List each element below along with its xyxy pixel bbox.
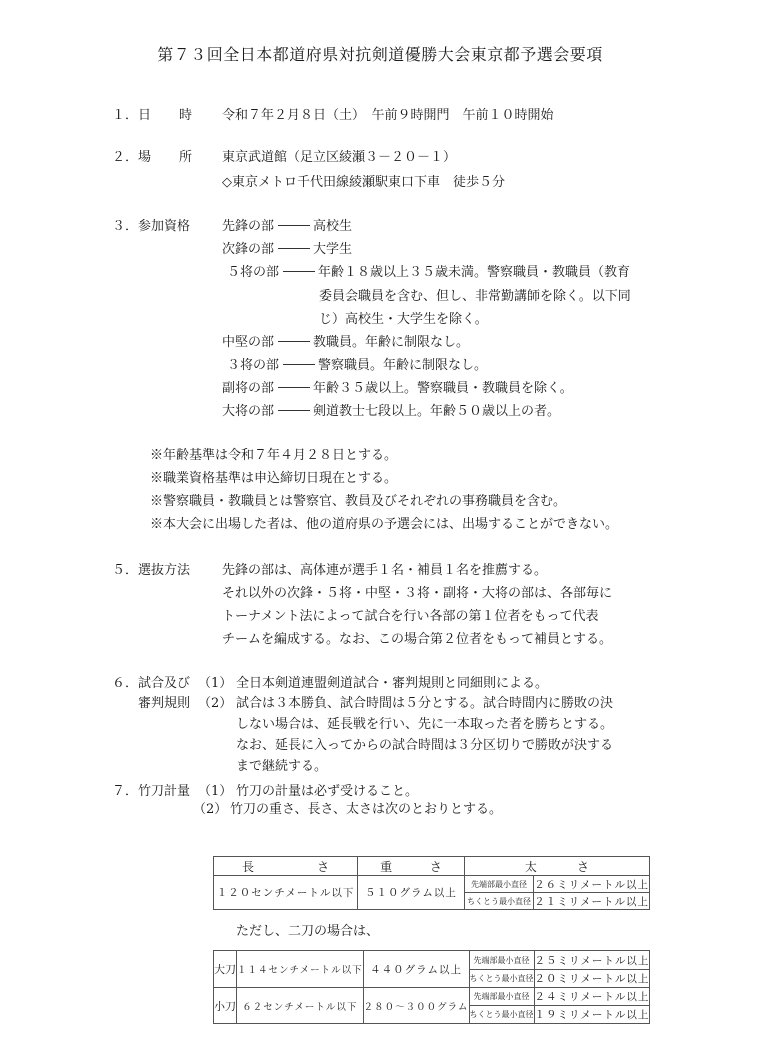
selection-line: それ以外の次鋒・５将・中堅・３将・副将・大将の部は、各部毎に bbox=[222, 587, 612, 600]
division-requirement: 年齢３５歳以上。警察職員・教職員を除く。 bbox=[313, 381, 573, 396]
chikuto-value-cell: ２１ミリメートル以上 bbox=[534, 893, 650, 910]
label-char: 所 bbox=[179, 151, 192, 164]
rule-text: 全日本剣道連盟剣道試合・審判規則と同細則による。 bbox=[236, 677, 548, 690]
tip-label-cell: 先端部最小直径 bbox=[464, 876, 533, 893]
division-name: 中堅の部 bbox=[222, 335, 274, 350]
section-label: 審判規則 bbox=[138, 697, 190, 710]
note-other-prefectures: ※本大会に出場した者は、他の道府県の予選会には、出場することができない。 bbox=[150, 518, 618, 531]
document-title: 第７３回全日本都道府県対抗剣道優勝大会東京都予選会要項 bbox=[0, 47, 760, 63]
header-thickness: 太さ bbox=[464, 857, 649, 876]
division-requirement: 年齢１８歳以上３５歳未満。警察職員・教職員（教育 bbox=[318, 265, 630, 280]
sword-cell: 大刀 bbox=[214, 951, 237, 988]
chikuto-value-cell: １９ミリメートル以上 bbox=[534, 1006, 650, 1024]
section-number: ６． bbox=[112, 677, 138, 690]
tip-label-cell: 先端部最小直径 bbox=[469, 951, 534, 970]
length-cell: １１４センチメートル以下 bbox=[237, 951, 364, 988]
table-row: 小刀 ６２センチメートル以下 ２８０～３００グラム 先端部最小直径 ２４ミリメー… bbox=[214, 988, 650, 1006]
rule-marker: （2） bbox=[198, 697, 232, 710]
chikuto-label-cell: ちくとう最小直径 bbox=[464, 893, 533, 910]
rule-text: しない場合は、延長戦を行い、先に一本取った者を勝ちとする。 bbox=[236, 718, 613, 731]
division-requirement: 高校生 bbox=[313, 219, 352, 234]
length-cell: ６２センチメートル以下 bbox=[237, 988, 364, 1024]
rule-text: 試合は３本勝負、試合時間は５分とする。試合時間内に勝敗の決 bbox=[236, 697, 613, 710]
tip-value-cell: ２４ミリメートル以上 bbox=[534, 988, 650, 1006]
nito-spec-table: 大刀 １１４センチメートル以下 ４４０グラム以上 先端部最小直径 ２５ミリメート… bbox=[213, 950, 650, 1024]
division-name: 大将の部 bbox=[222, 404, 274, 419]
weight-cell: ５１０グラム以上 bbox=[358, 876, 465, 910]
division-taisho: 大将の部剣道教士七段以上。年齢５０歳以上の者。 bbox=[222, 405, 560, 418]
tip-label-cell: 先端部最小直径 bbox=[469, 988, 534, 1006]
rule-text: なお、延長に入ってからの試合時間は３分区切りで勝敗が決する bbox=[236, 739, 613, 752]
section-number: ２． bbox=[112, 151, 138, 164]
shinai-spec-table: 長さ 重さ 太さ １２０センチメートル以下 ５１０グラム以上 先端部最小直径 ２… bbox=[213, 856, 650, 910]
selection-line: 先鋒の部は、高体連が選手１名・補員１名を推薦する。 bbox=[222, 564, 547, 577]
shinai-marker: （1） bbox=[198, 785, 232, 798]
rule-marker: （1） bbox=[198, 677, 232, 690]
section-label: 竹刀計量 bbox=[138, 785, 190, 798]
tip-value-cell: ２５ミリメートル以上 bbox=[534, 951, 650, 970]
nito-caption: ただし、二刀の場合は、 bbox=[236, 925, 379, 938]
table-header-row: 長さ 重さ 太さ bbox=[214, 857, 650, 876]
dash-line bbox=[278, 248, 310, 249]
section-label: 試合及び bbox=[138, 677, 190, 690]
shinai-text: 竹刀の計量は必ず受けること。 bbox=[236, 785, 418, 798]
dash-line bbox=[278, 225, 310, 226]
date-value: 令和７年２月８日（土） 午前９時開門 午前１０時開始 bbox=[222, 109, 554, 122]
chikuto-label-cell: ちくとう最小直径 bbox=[469, 1006, 534, 1024]
division-name: 副将の部 bbox=[222, 381, 274, 396]
note-staff-definition: ※警察職員・教職員とは警察官、教員及びそれぞれの事務職員を含む。 bbox=[150, 495, 566, 508]
note-age-reference: ※年齢基準は令和７年４月２８日とする。 bbox=[150, 449, 397, 462]
chikuto-label-cell: ちくとう最小直径 bbox=[469, 970, 534, 988]
division-requirement-cont: 委員会職員を含む、但し、非常勤講師を除く。以下同 bbox=[319, 290, 631, 303]
dash-line bbox=[278, 387, 310, 388]
dash-line bbox=[278, 341, 310, 342]
division-fukusho: 副将の部年齢３５歳以上。警察職員・教職員を除く。 bbox=[222, 382, 573, 395]
shinai-text: 竹刀の重さ、長さ、太さは次のとおりとする。 bbox=[230, 803, 502, 816]
section-number: ７． bbox=[112, 785, 138, 798]
dash-line bbox=[283, 271, 315, 272]
division-requirement: 警察職員。年齢に制限なし。 bbox=[318, 358, 487, 373]
division-senpo: 先鋒の部高校生 bbox=[222, 220, 352, 233]
header-weight: 重さ bbox=[358, 857, 465, 876]
chikuto-value-cell: ２０ミリメートル以上 bbox=[534, 970, 650, 988]
section-label: 選抜方法 bbox=[138, 564, 190, 577]
sword-cell: 小刀 bbox=[214, 988, 237, 1024]
division-requirement: 教職員。年齢に制限なし。 bbox=[313, 335, 469, 350]
label-char: 時 bbox=[179, 109, 192, 122]
selection-line: トーナメント法によって試合を行い各部の第１位者をもって代表 bbox=[222, 610, 598, 623]
division-name: 先鋒の部 bbox=[222, 219, 274, 234]
length-cell: １２０センチメートル以下 bbox=[214, 876, 358, 910]
venue-access: ◇東京メトロ千代田線綾瀬駅東口下車 徒歩５分 bbox=[222, 176, 505, 189]
table-row: 大刀 １１４センチメートル以下 ４４０グラム以上 先端部最小直径 ２５ミリメート… bbox=[214, 951, 650, 970]
division-name: ５将の部 bbox=[227, 265, 279, 280]
note-occupation-reference: ※職業資格基準は申込締切日現在とする。 bbox=[150, 472, 397, 485]
rule-text: まで継続する。 bbox=[236, 760, 327, 773]
dash-line bbox=[283, 364, 315, 365]
section-number: ３． bbox=[112, 220, 138, 233]
division-jiho: 次鋒の部大学生 bbox=[222, 243, 352, 256]
venue-name: 東京武道館（足立区綾瀬３－２０－１） bbox=[222, 151, 456, 164]
selection-line: チームを編成する。なお、この場合第２位者をもって補員とする。 bbox=[222, 633, 612, 646]
header-length: 長さ bbox=[214, 857, 358, 876]
shinai-marker: （2） bbox=[193, 803, 227, 816]
dash-line bbox=[278, 410, 310, 411]
division-name: ３将の部 bbox=[227, 358, 279, 373]
section-label: 場 所 bbox=[138, 151, 192, 164]
weight-cell: ４４０グラム以上 bbox=[363, 951, 469, 988]
label-char: 日 bbox=[138, 109, 151, 122]
table-row: １２０センチメートル以下 ５１０グラム以上 先端部最小直径 ２６ミリメートル以上 bbox=[214, 876, 650, 893]
tip-value-cell: ２６ミリメートル以上 bbox=[534, 876, 650, 893]
division-sansho: ３将の部警察職員。年齢に制限なし。 bbox=[227, 359, 487, 372]
division-requirement-cont: じ）高校生・大学生を除く。 bbox=[319, 313, 488, 326]
division-requirement: 大学生 bbox=[313, 242, 352, 257]
division-requirement: 剣道教士七段以上。年齢５０歳以上の者。 bbox=[313, 404, 560, 419]
division-name: 次鋒の部 bbox=[222, 242, 274, 257]
label-char: 場 bbox=[138, 151, 151, 164]
section-number: ５． bbox=[112, 564, 138, 577]
weight-cell: ２８０～３００グラム bbox=[363, 988, 469, 1024]
section-label: 参加資格 bbox=[138, 220, 190, 233]
division-chuken: 中堅の部教職員。年齢に制限なし。 bbox=[222, 336, 469, 349]
section-number: １． bbox=[112, 109, 138, 122]
division-gosho: ５将の部年齢１８歳以上３５歳未満。警察職員・教職員（教育 bbox=[227, 266, 630, 279]
section-label: 日 時 bbox=[138, 109, 192, 122]
